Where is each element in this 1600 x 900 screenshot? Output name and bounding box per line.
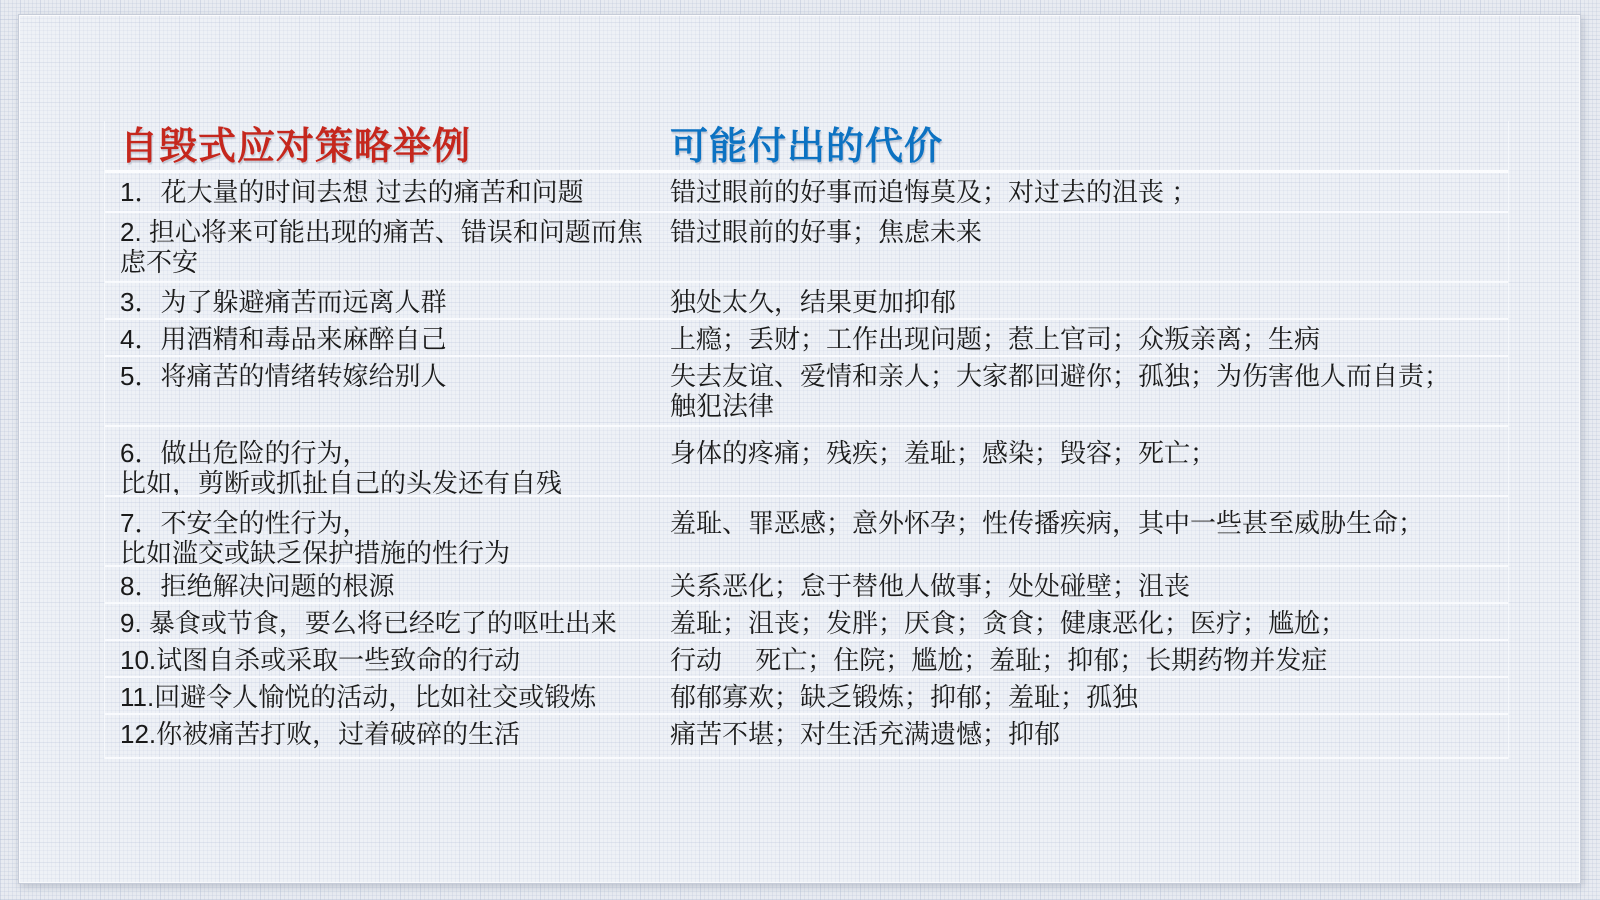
strategy-cell: 8．拒绝解决问题的根源: [105, 567, 655, 602]
strategy-cell: 11.回避令人愉悦的活动，比如社交或锻炼: [105, 678, 655, 713]
table-row: 8．拒绝解决问题的根源 关系恶化；怠于替他人做事；处处碰壁；沮丧: [105, 567, 1508, 604]
strategy-text: 3．为了躲避痛苦而远离人群: [120, 287, 645, 317]
cost-cell: 错过眼前的好事而追悔莫及；对过去的沮丧 ；: [655, 173, 1508, 211]
cost-text: 身体的疼痛；残疾；羞耻；感染；毁容；死亡；: [670, 438, 1498, 468]
strategy-cell: 12.你被痛苦打败，过着破碎的生活: [105, 715, 655, 757]
cost-cell: 独处太久，结果更加抑郁: [655, 283, 1508, 318]
table-row: 11.回避令人愉悦的活动，比如社交或锻炼 郁郁寡欢；缺乏锻炼；抑郁；羞耻；孤独: [105, 678, 1508, 715]
cost-text: 关系恶化；怠于替他人做事；处处碰壁；沮丧: [670, 571, 1498, 601]
cost-cell: 错过眼前的好事；焦虑未来: [655, 213, 1508, 281]
strategy-cell: 10.试图自杀或采取一些致命的行动: [105, 641, 655, 676]
strategy-header-cell: 自毁式应对策略举例: [105, 121, 655, 170]
strategy-text: 2. 担心将来可能出现的痛苦、错误和问题而焦: [120, 217, 645, 247]
cost-text: 痛苦不堪；对生活充满遗憾；抑郁: [670, 719, 1498, 749]
strategy-text: 1．花大量的时间去想 过去的痛苦和问题: [120, 177, 645, 207]
cost-text: 触犯法律: [670, 391, 1498, 421]
cost-text: 错过眼前的好事；焦虑未来: [670, 217, 1498, 247]
table-row: 6．做出危险的行为， 比如，剪断或抓扯自己的头发还有自残 身体的疼痛；残疾；羞耻…: [105, 427, 1508, 497]
cost-cell: 失去友谊、爱情和亲人；大家都回避你；孤独；为伤害他人而自责； 触犯法律: [655, 357, 1508, 425]
cost-cell: 关系恶化；怠于替他人做事；处处碰壁；沮丧: [655, 567, 1508, 602]
strategy-column-title: 自毁式应对策略举例: [120, 126, 471, 168]
cost-text: 失去友谊、爱情和亲人；大家都回避你；孤独；为伤害他人而自责；: [670, 361, 1498, 391]
strategy-cell: 5．将痛苦的情绪转嫁给别人: [105, 357, 655, 425]
cost-text: 羞耻；沮丧；发胖；厌食；贪食；健康恶化；医疗；尴尬；: [670, 608, 1498, 638]
cost-cell: 痛苦不堪；对生活充满遗憾；抑郁: [655, 715, 1508, 757]
table-row: 12.你被痛苦打败，过着破碎的生活 痛苦不堪；对生活充满遗憾；抑郁: [105, 715, 1508, 759]
table-row: 3．为了躲避痛苦而远离人群 独处太久，结果更加抑郁: [105, 283, 1508, 320]
strategy-cell: 6．做出危险的行为， 比如，剪断或抓扯自己的头发还有自残: [105, 427, 655, 495]
cost-text: 独处太久，结果更加抑郁: [670, 287, 1498, 317]
cost-cell: 上瘾；丢财；工作出现问题；惹上官司；众叛亲离；生病: [655, 320, 1508, 355]
table-row: 1．花大量的时间去想 过去的痛苦和问题 错过眼前的好事而追悔莫及；对过去的沮丧 …: [105, 173, 1508, 213]
cost-text: 郁郁寡欢；缺乏锻炼；抑郁；羞耻；孤独: [670, 682, 1498, 712]
table-row: 2. 担心将来可能出现的痛苦、错误和问题而焦 虑不安 错过眼前的好事；焦虑未来: [105, 213, 1508, 283]
strategy-text: 4．用酒精和毒品来麻醉自己: [120, 324, 645, 354]
cost-text: 错过眼前的好事而追悔莫及；对过去的沮丧 ；: [670, 177, 1498, 207]
strategy-text: 12.你被痛苦打败，过着破碎的生活: [120, 719, 645, 749]
table-row: 4．用酒精和毒品来麻醉自己 上瘾；丢财；工作出现问题；惹上官司；众叛亲离；生病: [105, 320, 1508, 357]
cost-header-cell: 可能付出的代价: [655, 121, 1508, 170]
cost-column-title: 可能付出的代价: [670, 126, 943, 168]
table-header-row: 自毁式应对策略举例 可能付出的代价: [105, 121, 1508, 173]
strategy-text: 5．将痛苦的情绪转嫁给别人: [120, 361, 645, 391]
table-row: 9. 暴食或节食，要么将已经吃了的呕吐出来 羞耻；沮丧；发胖；厌食；贪食；健康恶…: [105, 604, 1508, 641]
cost-cell: 身体的疼痛；残疾；羞耻；感染；毁容；死亡；: [655, 427, 1508, 495]
strategy-cell: 2. 担心将来可能出现的痛苦、错误和问题而焦 虑不安: [105, 213, 655, 281]
cost-cell: 行动 死亡；住院；尴尬；羞耻；抑郁；长期药物并发症: [655, 641, 1508, 676]
cost-text: 行动 死亡；住院；尴尬；羞耻；抑郁；长期药物并发症: [670, 645, 1498, 675]
strategy-cell: 3．为了躲避痛苦而远离人群: [105, 283, 655, 318]
strategy-text: 11.回避令人愉悦的活动，比如社交或锻炼: [120, 682, 645, 712]
strategy-text: 虑不安: [120, 247, 645, 277]
strategy-cell: 1．花大量的时间去想 过去的痛苦和问题: [105, 173, 655, 211]
page-background: { "slide": { "colors": { "strategy_heade…: [0, 0, 1600, 900]
strategy-text: 比如，剪断或抓扯自己的头发还有自残: [120, 468, 645, 495]
strategy-text: 6．做出危险的行为，: [120, 438, 645, 468]
cost-cell: 羞耻；沮丧；发胖；厌食；贪食；健康恶化；医疗；尴尬；: [655, 604, 1508, 639]
strategy-text: 10.试图自杀或采取一些致命的行动: [120, 645, 645, 675]
table-row: 7．不安全的性行为， 比如滥交或缺乏保护措施的性行为 羞耻、罪恶感；意外怀孕；性…: [105, 497, 1508, 567]
table-row: 5．将痛苦的情绪转嫁给别人 失去友谊、爱情和亲人；大家都回避你；孤独；为伤害他人…: [105, 357, 1508, 427]
strategy-text: 7．不安全的性行为，: [120, 508, 645, 538]
table-row: 10.试图自杀或采取一些致命的行动 行动 死亡；住院；尴尬；羞耻；抑郁；长期药物…: [105, 641, 1508, 678]
strategy-text: 比如滥交或缺乏保护措施的性行为: [120, 538, 645, 565]
strategy-cell: 9. 暴食或节食，要么将已经吃了的呕吐出来: [105, 604, 655, 639]
cost-text: 上瘾；丢财；工作出现问题；惹上官司；众叛亲离；生病: [670, 324, 1498, 354]
strategy-cell: 4．用酒精和毒品来麻醉自己: [105, 320, 655, 355]
presentation-slide: 自毁式应对策略举例 可能付出的代价 1．花大量的时间去想 过去的痛苦和问题 错过…: [18, 14, 1581, 884]
cost-text: 羞耻、罪恶感；意外怀孕；性传播疾病，其中一些甚至威胁生命；: [670, 508, 1498, 538]
strategy-text: 9. 暴食或节食，要么将已经吃了的呕吐出来: [120, 608, 645, 638]
strategy-cell: 7．不安全的性行为， 比如滥交或缺乏保护措施的性行为: [105, 497, 655, 565]
strategies-costs-table: 自毁式应对策略举例 可能付出的代价 1．花大量的时间去想 过去的痛苦和问题 错过…: [104, 121, 1509, 759]
cost-cell: 羞耻、罪恶感；意外怀孕；性传播疾病，其中一些甚至威胁生命；: [655, 497, 1508, 565]
cost-cell: 郁郁寡欢；缺乏锻炼；抑郁；羞耻；孤独: [655, 678, 1508, 713]
strategy-text: 8．拒绝解决问题的根源: [120, 571, 645, 601]
